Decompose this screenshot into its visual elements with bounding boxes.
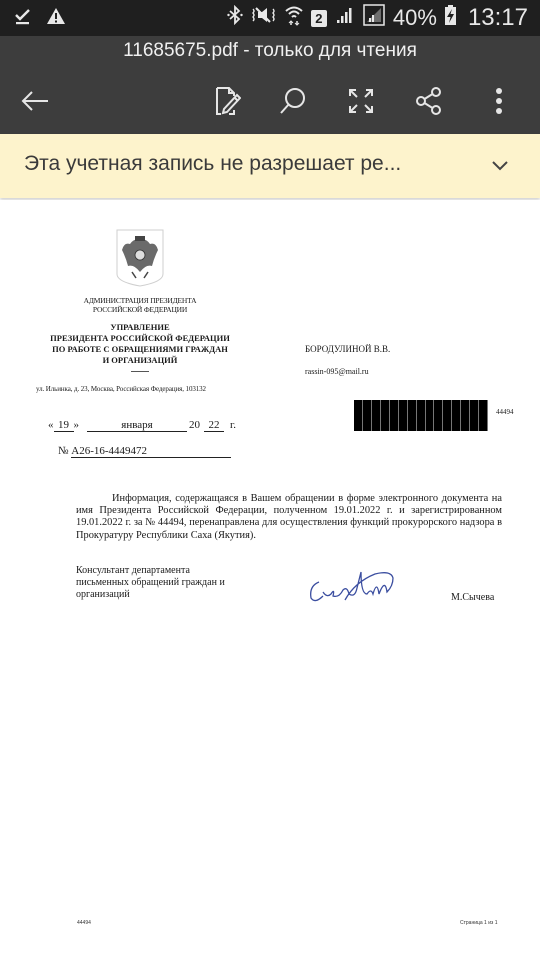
coat-of-arms-icon (114, 228, 166, 288)
app-toolbar (0, 68, 540, 134)
footer-doc-number: 44494 (77, 920, 91, 926)
share-icon (415, 87, 443, 115)
letter-body: Информация, содержащаяся в Вашем обращен… (76, 493, 502, 542)
battery-percent: 40% (393, 5, 437, 31)
recipient-email: rassin-095@mail.ru (305, 367, 369, 376)
warning-icon (46, 7, 66, 31)
share-button[interactable] (406, 78, 452, 124)
department-header: УПРАВЛЕНИЕ ПРЕЗИДЕНТА РОССИЙСКОЙ ФЕДЕРАЦ… (30, 322, 250, 366)
signature-icon (305, 568, 401, 606)
more-options-button[interactable] (476, 78, 522, 124)
date-month: января (87, 419, 187, 432)
sim-2-icon: 2 (311, 10, 327, 27)
org-header: АДМИНИСТРАЦИЯ ПРЕЗИДЕНТА РОССИЙСКОЙ ФЕДЕ… (60, 296, 220, 314)
battery-charging-icon (445, 5, 456, 31)
banner-message: Эта учетная запись не разрешает ре... (24, 152, 401, 176)
download-done-icon (14, 6, 32, 32)
vibrate-mute-icon (251, 5, 277, 31)
signal-icon (335, 5, 355, 31)
date-year: 22 (204, 419, 224, 432)
back-button[interactable] (12, 78, 58, 124)
document-title: 11685675.pdf - только для чтения (0, 36, 540, 68)
recipient-name: БОРОДУЛИНОЙ В.В. (305, 344, 390, 354)
wifi-icon (285, 4, 303, 32)
signal-box-icon (363, 4, 385, 32)
pdf-page: АДМИНИСТРАЦИЯ ПРЕЗИДЕНТА РОССИЙСКОЙ ФЕДЕ… (0, 200, 540, 960)
signer-name: М.Сычева (451, 592, 494, 603)
edit-button[interactable] (204, 78, 250, 124)
barcode (354, 400, 488, 431)
search-icon (279, 87, 307, 115)
registration-number: № А26-16-4449472 (58, 445, 231, 458)
barcode-number: 44494 (496, 408, 514, 416)
status-bar: 2 40% 13:17 (0, 0, 540, 36)
signer-title: Консультант департамента письменных обра… (76, 565, 276, 601)
clock: 13:17 (468, 4, 528, 32)
more-vert-icon (494, 87, 504, 115)
header-divider (131, 371, 149, 372)
date-day: 19 (54, 419, 74, 432)
fullscreen-icon (348, 88, 374, 114)
search-button[interactable] (270, 78, 316, 124)
fullscreen-button[interactable] (338, 78, 384, 124)
edit-document-icon (213, 86, 241, 116)
chevron-down-icon[interactable] (490, 156, 510, 176)
footer-page-count: Страница 1 из 1 (460, 920, 497, 926)
back-arrow-icon (20, 89, 50, 113)
account-restriction-banner[interactable]: Эта учетная запись не разрешает ре... (0, 134, 540, 198)
document-date: « 19 » января 20 22 г. (48, 419, 236, 432)
bluetooth-icon (227, 5, 243, 31)
org-address: ул. Ильинка, д. 23, Москва, Российская Ф… (36, 385, 206, 393)
